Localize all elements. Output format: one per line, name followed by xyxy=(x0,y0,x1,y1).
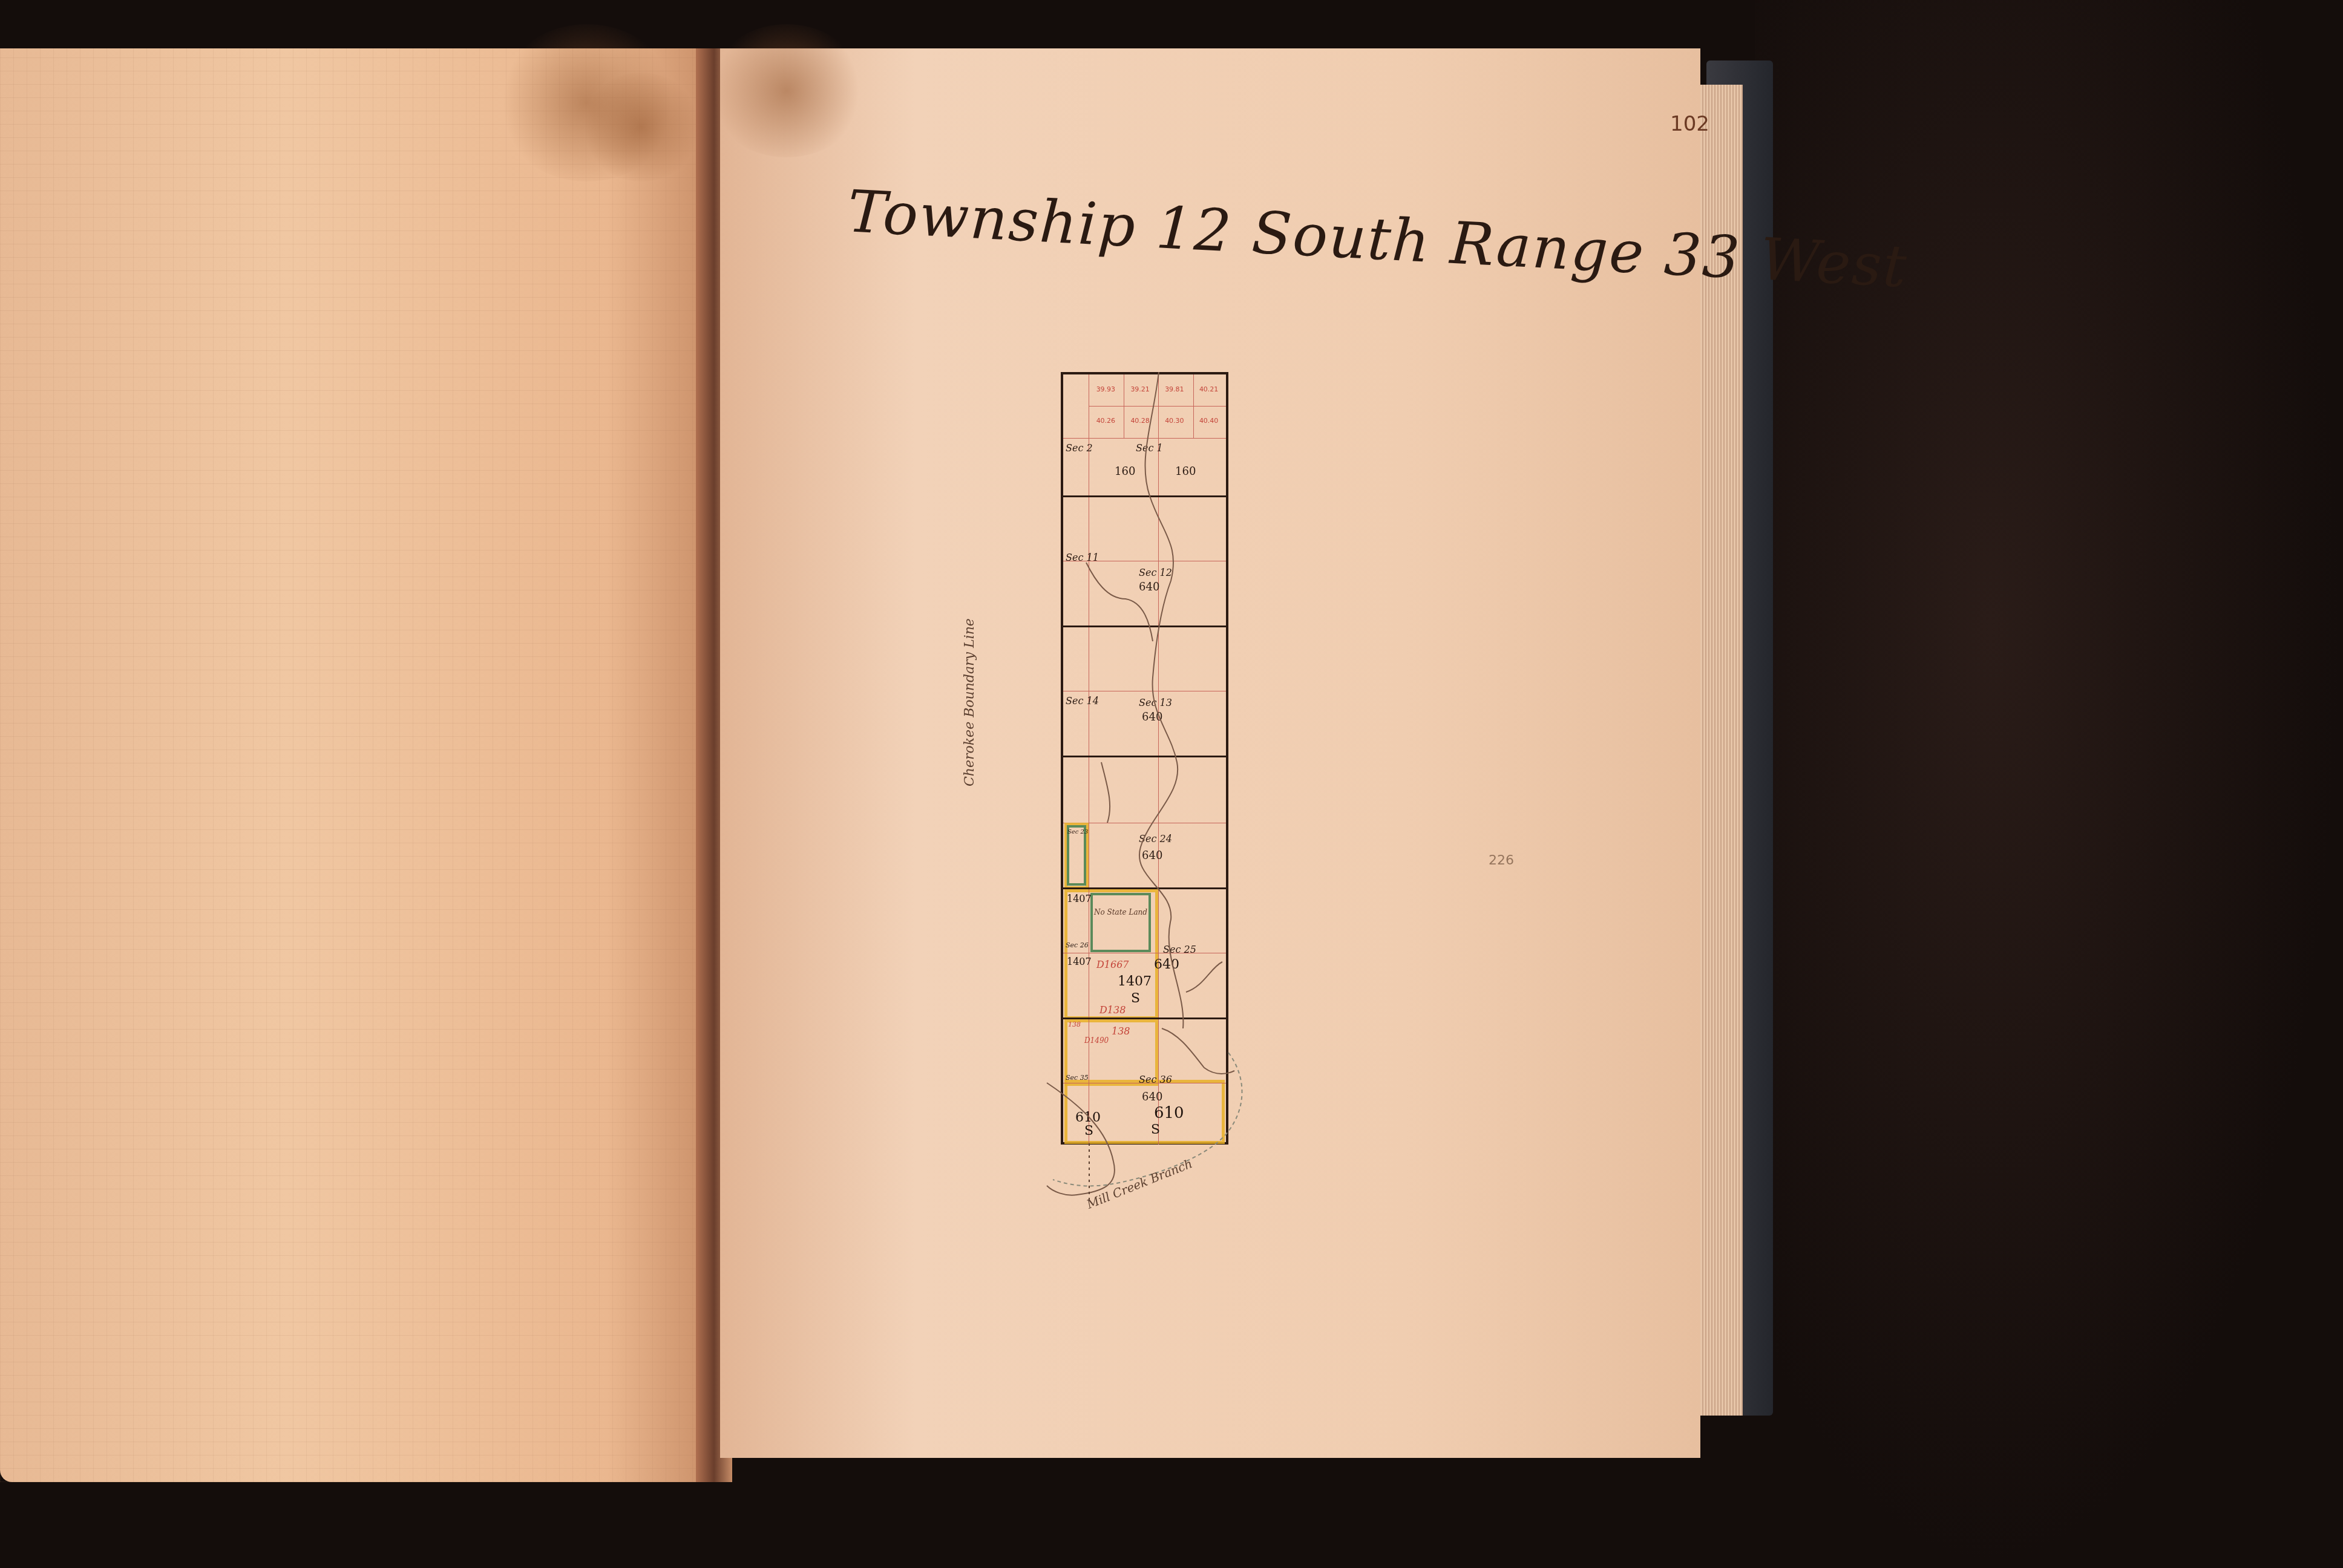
left-page xyxy=(0,48,714,1482)
state-land-note: No State Land xyxy=(1093,907,1148,917)
water-stain xyxy=(581,73,702,181)
section-left-label: Sec 11 xyxy=(1066,552,1099,563)
plat-section-1: 39.9339.2139.8140.21 40.2640.2840.3040.4… xyxy=(1063,374,1226,495)
water-stain xyxy=(708,24,865,157)
section-label: Sec 13 xyxy=(1139,697,1172,708)
ruled-grid xyxy=(0,48,714,1482)
plat-section-25: No State Land 1407 Sec 26 Sec 25 1407 D1… xyxy=(1063,887,1226,1018)
page-number: 102 xyxy=(1670,112,1709,136)
pencil-note: 226 xyxy=(1489,853,1514,868)
plat-section-24: Sec 23 Sec 24 640 xyxy=(1063,756,1226,887)
state-land-box xyxy=(1090,893,1151,952)
section-label: Sec 36 xyxy=(1139,1074,1172,1085)
red-note: D138 xyxy=(1099,1004,1126,1016)
section-acres: 640 xyxy=(1139,581,1159,593)
section-acres: 640 xyxy=(1142,1091,1162,1103)
section-label: Sec 24 xyxy=(1139,833,1172,844)
section-acres: 640 xyxy=(1142,711,1162,724)
lot-acreage-row-2: 40.2640.2840.3040.40 xyxy=(1089,417,1226,425)
plat-section-36: 138 138 D1490 Sec 35 Sec 36 640 610 S 61… xyxy=(1063,1018,1226,1145)
section-acres: 640 xyxy=(1154,957,1179,972)
plat-section-12: Sec 11 Sec 12 640 xyxy=(1063,495,1226,626)
section-acres: 160 xyxy=(1115,465,1135,478)
lot-note: S xyxy=(1084,1123,1093,1138)
section-left-label: Sec 35 xyxy=(1066,1074,1089,1082)
lot-note: 1407 xyxy=(1067,893,1092,904)
lot-note: 1407 xyxy=(1118,974,1152,989)
red-note: D1667 xyxy=(1096,959,1129,970)
plat-section-13: Sec 14 Sec 13 640 xyxy=(1063,626,1226,756)
section-left-label: Sec 14 xyxy=(1066,695,1099,707)
section-label: Sec 1 xyxy=(1136,442,1163,454)
township-plat: 39.9339.2139.8140.21 40.2640.2840.3040.4… xyxy=(1061,372,1228,1145)
red-note: 138 xyxy=(1068,1021,1081,1028)
lot-note: 610 xyxy=(1154,1104,1184,1122)
red-note: 138 xyxy=(1112,1025,1130,1037)
lot-note: 1407 xyxy=(1067,956,1092,967)
lot-note: S xyxy=(1151,1122,1160,1137)
section-left-label: Sec 23 xyxy=(1067,829,1088,835)
section-left-label: Sec 2 xyxy=(1066,442,1093,454)
section-label: Sec 25 xyxy=(1163,944,1196,955)
lot-note: S xyxy=(1131,991,1140,1006)
section-left-label: Sec 26 xyxy=(1066,941,1089,949)
red-note: D1490 xyxy=(1084,1036,1109,1045)
section-label: Sec 12 xyxy=(1139,567,1172,578)
cherokee-boundary-label: Cherokee Boundary Line xyxy=(962,618,977,786)
section-acres: 160 xyxy=(1175,465,1196,478)
lot-acreage-row-1: 39.9339.2139.8140.21 xyxy=(1089,385,1226,393)
section-acres: 640 xyxy=(1142,849,1162,862)
